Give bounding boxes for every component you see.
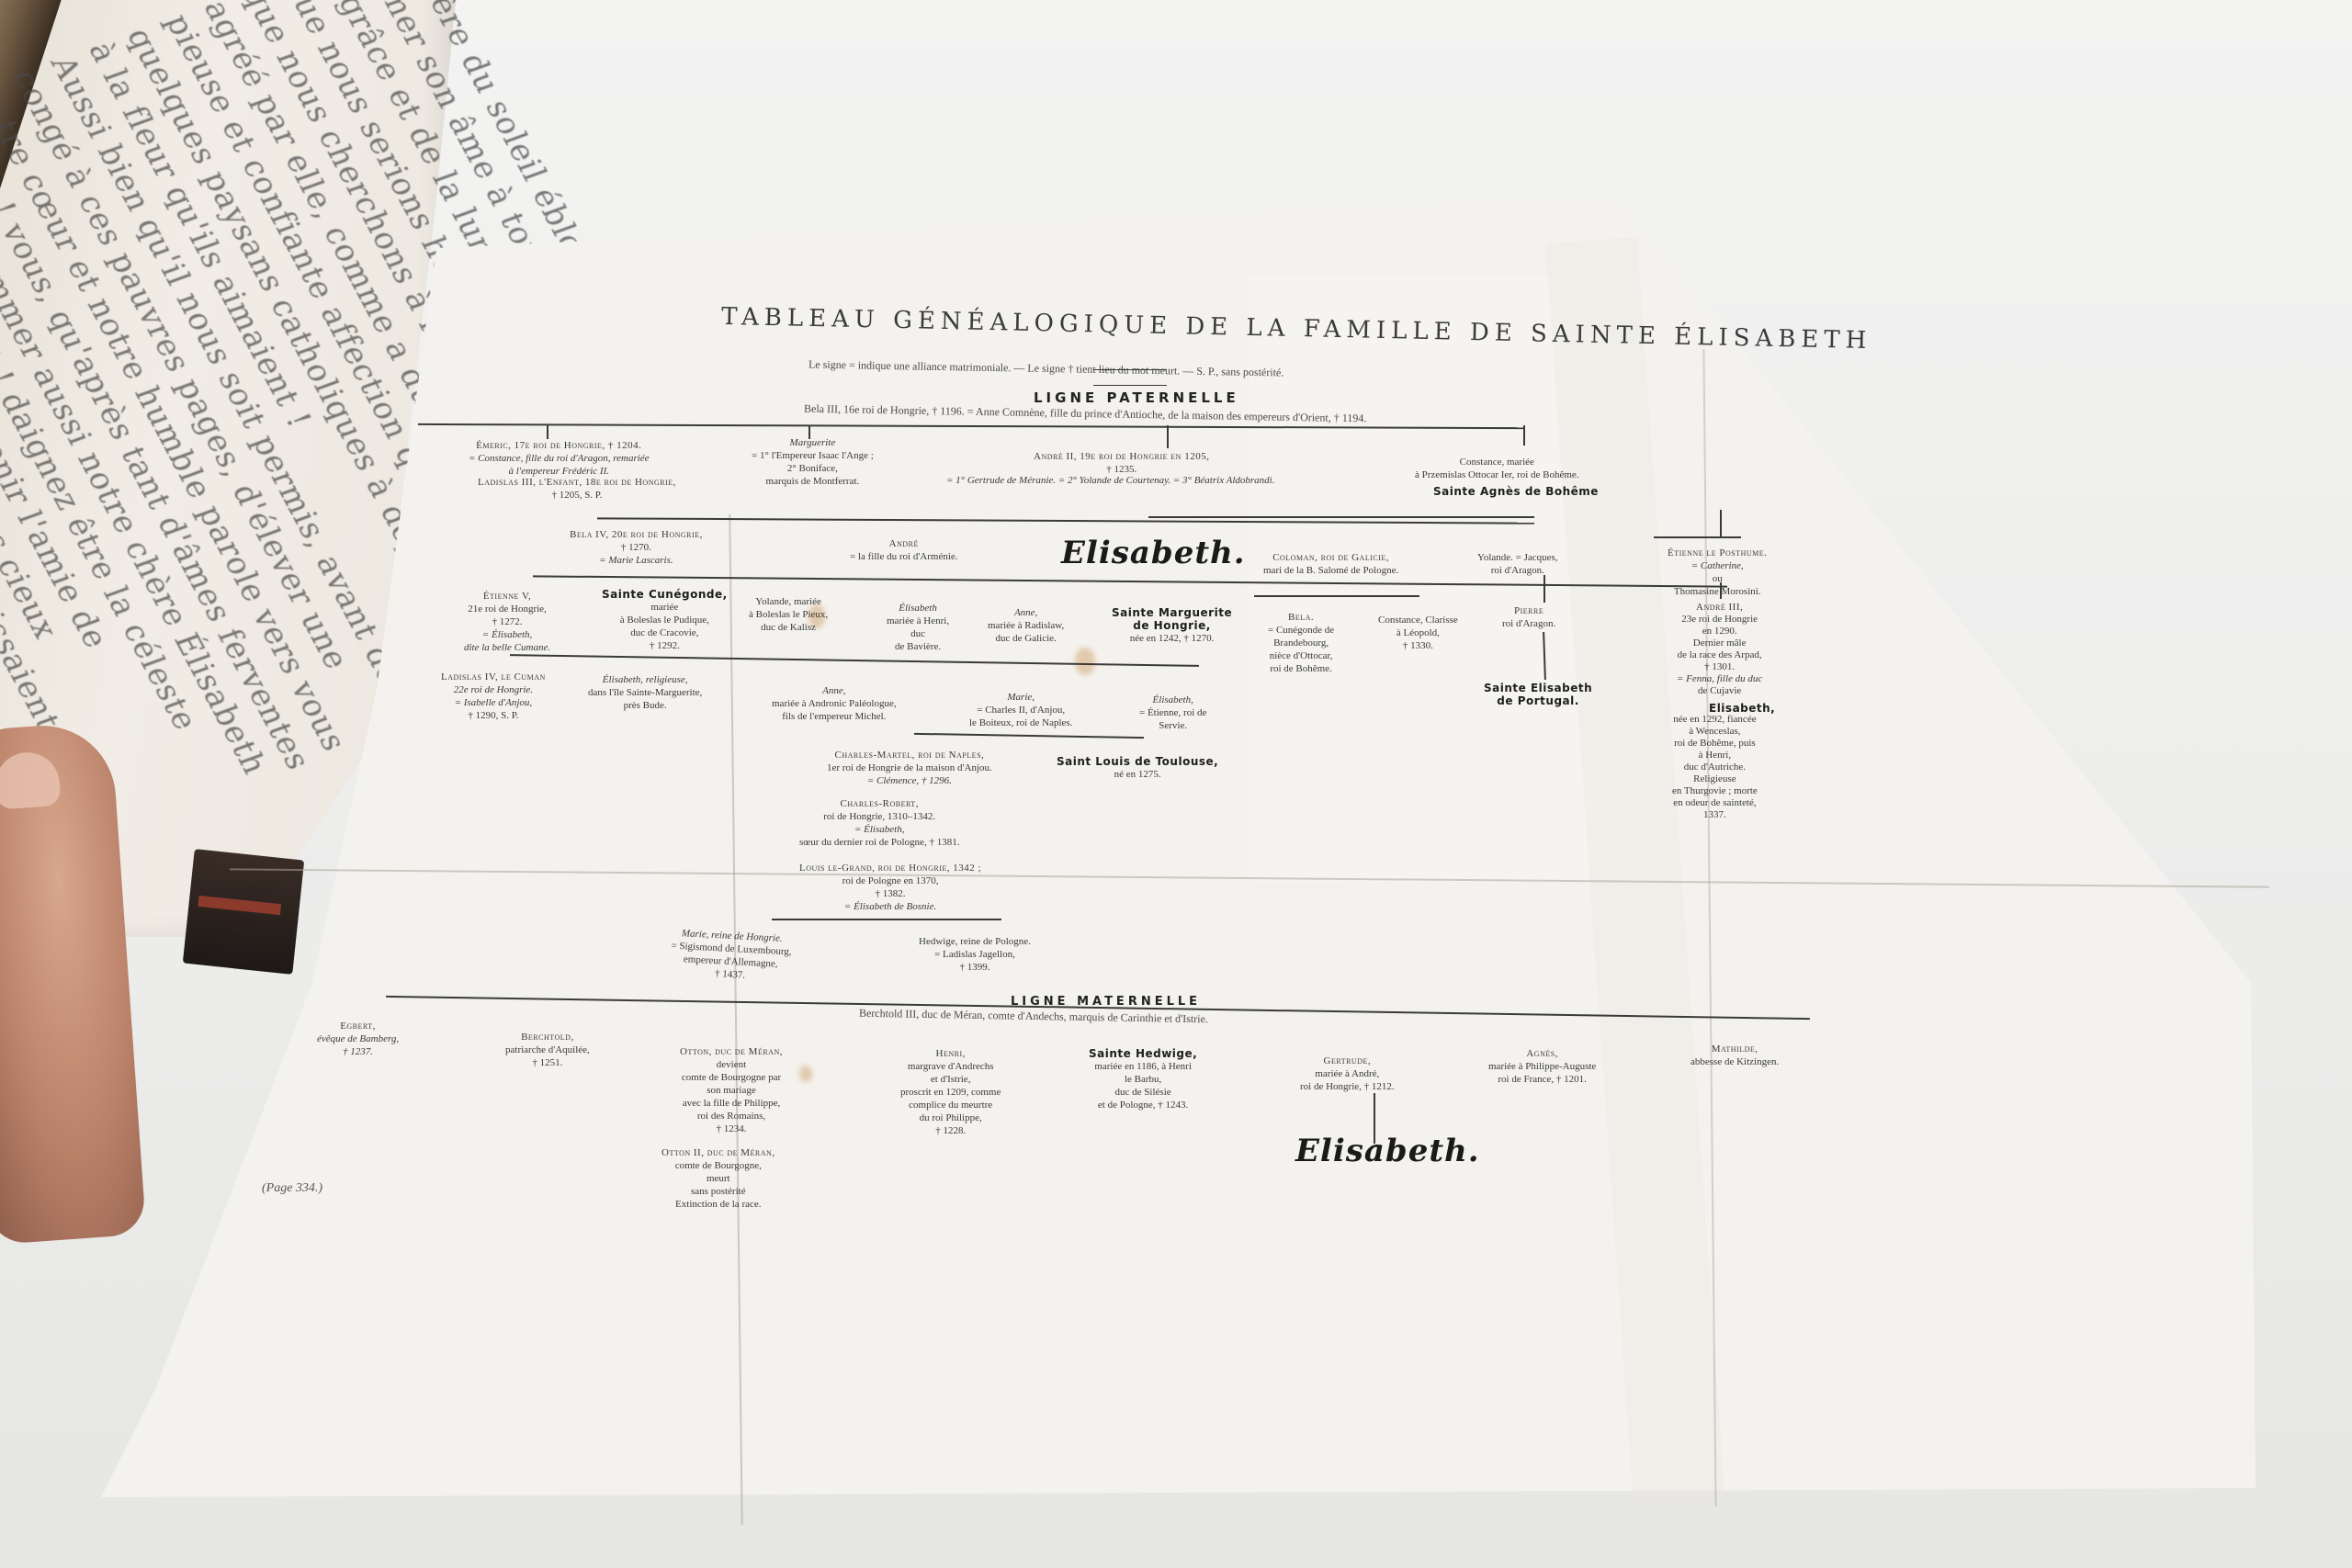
person-agnes: Agnès, mariée à Philippe-Auguste roi de …: [1488, 1047, 1596, 1086]
tree-line: [772, 919, 1001, 920]
elisabeth-maternal: Elisabeth.: [1295, 1144, 1480, 1159]
tree-line: [1167, 425, 1169, 448]
foxing-stain: [1075, 648, 1095, 675]
divider: [1093, 385, 1167, 386]
person-yolande-b: Yolande, mariée à Boleslas le Pieux, duc…: [749, 595, 828, 634]
person-hedwige-silesie: Sainte Hedwige, mariée en 1186, à Henri …: [1089, 1047, 1197, 1111]
page-reference: (Page 334.): [262, 1180, 322, 1196]
person-berchtold: Berchtold, patriarche d'Aquilée, † 1251.: [505, 1031, 590, 1069]
person-elisabeth-1292: née en 1292, fiancée à Wenceslas, roi de…: [1672, 714, 1758, 821]
tree-line: [1523, 425, 1525, 446]
person-pierre: Pierre roi d'Aragon.: [1502, 604, 1555, 630]
person-etienne-5: Étienne V, 21e roi de Hongrie, † 1272. =…: [464, 590, 550, 654]
tree-line: [1543, 575, 1545, 603]
person-anne: Anne, mariée à Radislaw, duc de Galicie.: [988, 606, 1064, 645]
person-henri: Henri, margrave d'Andrechs et d'Istrie, …: [900, 1047, 1001, 1137]
tree-line: [1148, 516, 1534, 518]
person-elisabeth-religieuse: Élisabeth, religieuse, dans l'île Sainte…: [588, 673, 702, 712]
andre-2-wives: = 1° Gertrude de Méranie. = 2° Yolande d…: [946, 473, 1275, 489]
person-cunegonde: Sainte Cunégonde, mariée à Boleslas le P…: [602, 588, 728, 652]
foxing-stain: [799, 1066, 812, 1082]
person-marguerite: Marguerite = 1° l'Empereur Isaac l'Ange …: [752, 436, 874, 488]
person-louis-le-grand: Louis le-Grand, roi de Hongrie, 1342 ; r…: [799, 862, 981, 913]
person-ladislas-3: Ladislas III, l'Enfant, 18e roi de Hongr…: [478, 476, 676, 502]
tree-line: [1254, 595, 1419, 597]
person-louis-toulouse: Saint Louis de Toulouse, né en 1275.: [1057, 755, 1218, 781]
tree-line: [547, 425, 548, 439]
thumbnail: [0, 750, 62, 810]
bookmark-ribbon: [198, 896, 281, 915]
person-charles-robert: Charles-Robert, roi de Hongrie, 1310–134…: [799, 797, 959, 849]
person-etienne-posthume: Étienne le Posthume. = Catherine, ou Tho…: [1668, 547, 1767, 598]
person-otton-2: Otton II, duc de Méran, comte de Bourgog…: [661, 1146, 775, 1211]
person-andre-2: André II, 19e roi de Hongrie en 1205, † …: [1034, 450, 1209, 476]
person-agnes-boheme: Sainte Agnès de Bohême: [1433, 484, 1599, 500]
genealogical-table-sheet: [101, 193, 2269, 1497]
person-gertrude: Gertrude, mariée à André, roi de Hongrie…: [1300, 1055, 1395, 1093]
person-elisabeth-portugal: Sainte Elisabeth de Portugal.: [1484, 682, 1592, 707]
tree-line: [1720, 510, 1722, 537]
person-constance: Constance, mariée à Przemislas Ottocar I…: [1415, 456, 1579, 481]
person-andre-3: André III, 23e roi de Hongrie en 1290. D…: [1677, 602, 1762, 697]
person-emeric: Émeric, 17e roi de Hongrie, † 1204. = Co…: [469, 439, 650, 478]
person-ladislas-4: Ladislas IV, le Cuman 22e roi de Hongrie…: [441, 671, 546, 722]
person-hedwige-pologne: Hedwige, reine de Pologne. = Ladislas Ja…: [919, 935, 1031, 974]
person-mathilde: Mathilde, abbesse de Kitzingen.: [1690, 1043, 1779, 1068]
person-coloman: Coloman, roi de Galicie, mari de la B. S…: [1263, 551, 1398, 577]
person-elisabeth-baviere: Élisabeth mariée à Henri, duc de Bavière…: [887, 602, 949, 653]
person-marie-hongrie: Marie, reine de Hongrie. = Sigismond de …: [670, 927, 793, 985]
person-otton: Otton, duc de Méran, devient comte de Bo…: [680, 1045, 783, 1135]
elisabeth-main: Elisabeth.: [1061, 546, 1246, 561]
person-elisabeth-servie: Élisabeth, = Étienne, roi de Servie.: [1139, 694, 1206, 732]
person-constance-clarisse: Constance, Clarisse à Léopold, † 1330.: [1378, 614, 1458, 652]
person-yolande: Yolande. = Jacques, roi d'Aragon.: [1477, 551, 1558, 577]
person-marie: Marie, = Charles II, d'Anjou, le Boiteux…: [969, 691, 1072, 729]
tree-line: [1720, 582, 1722, 599]
person-marguerite-hongrie: Sainte Marguerite de Hongrie, née en 124…: [1112, 606, 1232, 645]
paternal-line-heading: LIGNE PATERNELLE: [1034, 390, 1239, 406]
fold-highlight: [1249, 276, 1599, 882]
divider: [1093, 369, 1167, 370]
person-bela-4: Bela IV, 20e roi de Hongrie, † 1270. = M…: [570, 528, 703, 567]
person-anne-paleologue: Anne, mariée à Andronic Paléologue, fils…: [772, 684, 897, 723]
tree-line: [1654, 536, 1741, 538]
person-bela: Bela. = Cunégonde de Brandebourg, nièce …: [1268, 611, 1334, 675]
person-charles-martel: Charles-Martel, roi de Naples, 1er roi d…: [827, 749, 992, 787]
person-egbert: Egbert, évêque de Bamberg, † 1237.: [317, 1020, 399, 1058]
person-andre: André = la fille du roi d'Arménie.: [850, 537, 958, 563]
